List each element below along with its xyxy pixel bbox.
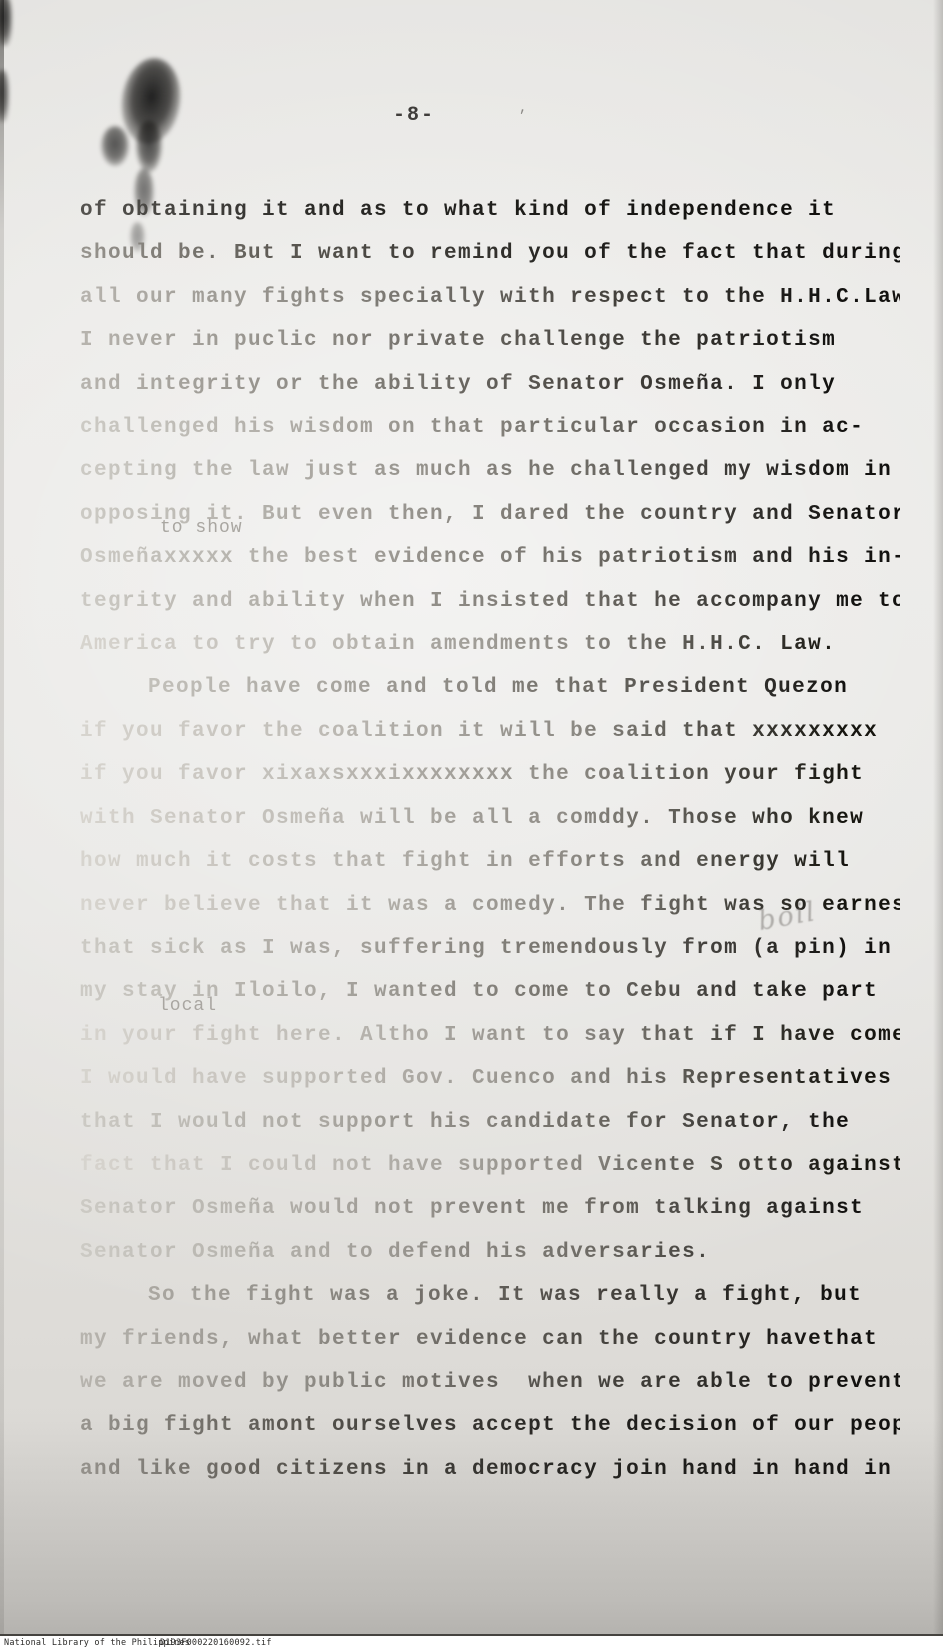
typewritten-line: a big fight amont ourselves accept the d… bbox=[80, 1404, 900, 1447]
typewritten-line: and like good citizens in a democracy jo… bbox=[80, 1448, 900, 1491]
typewritten-line: So the fight was a joke. It was really a… bbox=[80, 1274, 900, 1317]
footer-filename: D193F000220160092.tif bbox=[160, 1638, 272, 1648]
typewritten-line: we are moved by public motives when we a… bbox=[80, 1361, 900, 1404]
typewritten-line: Osmeñaxxxxx the best evidence of his pat… bbox=[80, 536, 900, 579]
ink-blot-edge bbox=[0, 0, 12, 46]
interline-insertion: local bbox=[158, 996, 217, 1016]
film-edge-left bbox=[0, 0, 4, 1650]
scan-footer-bar: National Library of the Philippines D193… bbox=[0, 1634, 943, 1650]
typewritten-line: that I would not support his candidate f… bbox=[80, 1101, 900, 1144]
typewritten-line: in your fight here. Altho I want to say … bbox=[80, 1014, 900, 1057]
typewritten-line: and integrity or the ability of Senator … bbox=[80, 363, 900, 406]
page-number: -8- bbox=[393, 104, 435, 127]
typewritten-line: of obtaining it and as to what kind of i… bbox=[80, 189, 900, 232]
typewritten-line: I never in puclic nor private challenge … bbox=[80, 319, 900, 362]
typewritten-line: Senator Osmeña would not prevent me from… bbox=[80, 1187, 900, 1230]
typewritten-line: how much it costs that fight in efforts … bbox=[80, 840, 900, 883]
typewritten-line: cepting the law just as much as he chall… bbox=[80, 449, 900, 492]
typewritten-line: Senator Osmeña and to defend his adversa… bbox=[80, 1231, 900, 1274]
typewritten-line: challenged his wisdom on that particular… bbox=[80, 406, 900, 449]
typewritten-line: all our many fights specially with respe… bbox=[80, 276, 900, 319]
typewritten-line: my friends, what better evidence can the… bbox=[80, 1318, 900, 1361]
ink-blot bbox=[136, 120, 162, 172]
typewritten-line: should be. But I want to remind you of t… bbox=[80, 232, 900, 275]
typewritten-line: People have come and told me that Presid… bbox=[80, 666, 900, 709]
typewritten-text-block: of obtaining it and as to what kind of i… bbox=[80, 189, 900, 1491]
film-edge-right bbox=[933, 0, 943, 1650]
interline-insertion: to show bbox=[160, 518, 243, 538]
ink-blot-edge bbox=[0, 70, 9, 122]
typewritten-line: if you favor the coalition it will be sa… bbox=[80, 710, 900, 753]
typewritten-line: with Senator Osmeña will be all a comddy… bbox=[80, 797, 900, 840]
typewritten-line: fact that I could not have supported Vic… bbox=[80, 1144, 900, 1187]
stray-mark: ' bbox=[514, 107, 528, 126]
typewritten-line: if you favor xixaxsxxxixxxxxxxx the coal… bbox=[80, 753, 900, 796]
typewritten-line: America to try to obtain amendments to t… bbox=[80, 623, 900, 666]
typewritten-line: tegrity and ability when I insisted that… bbox=[80, 580, 900, 623]
ink-blot bbox=[101, 126, 129, 166]
typewritten-line: I would have supported Gov. Cuenco and h… bbox=[80, 1057, 900, 1100]
